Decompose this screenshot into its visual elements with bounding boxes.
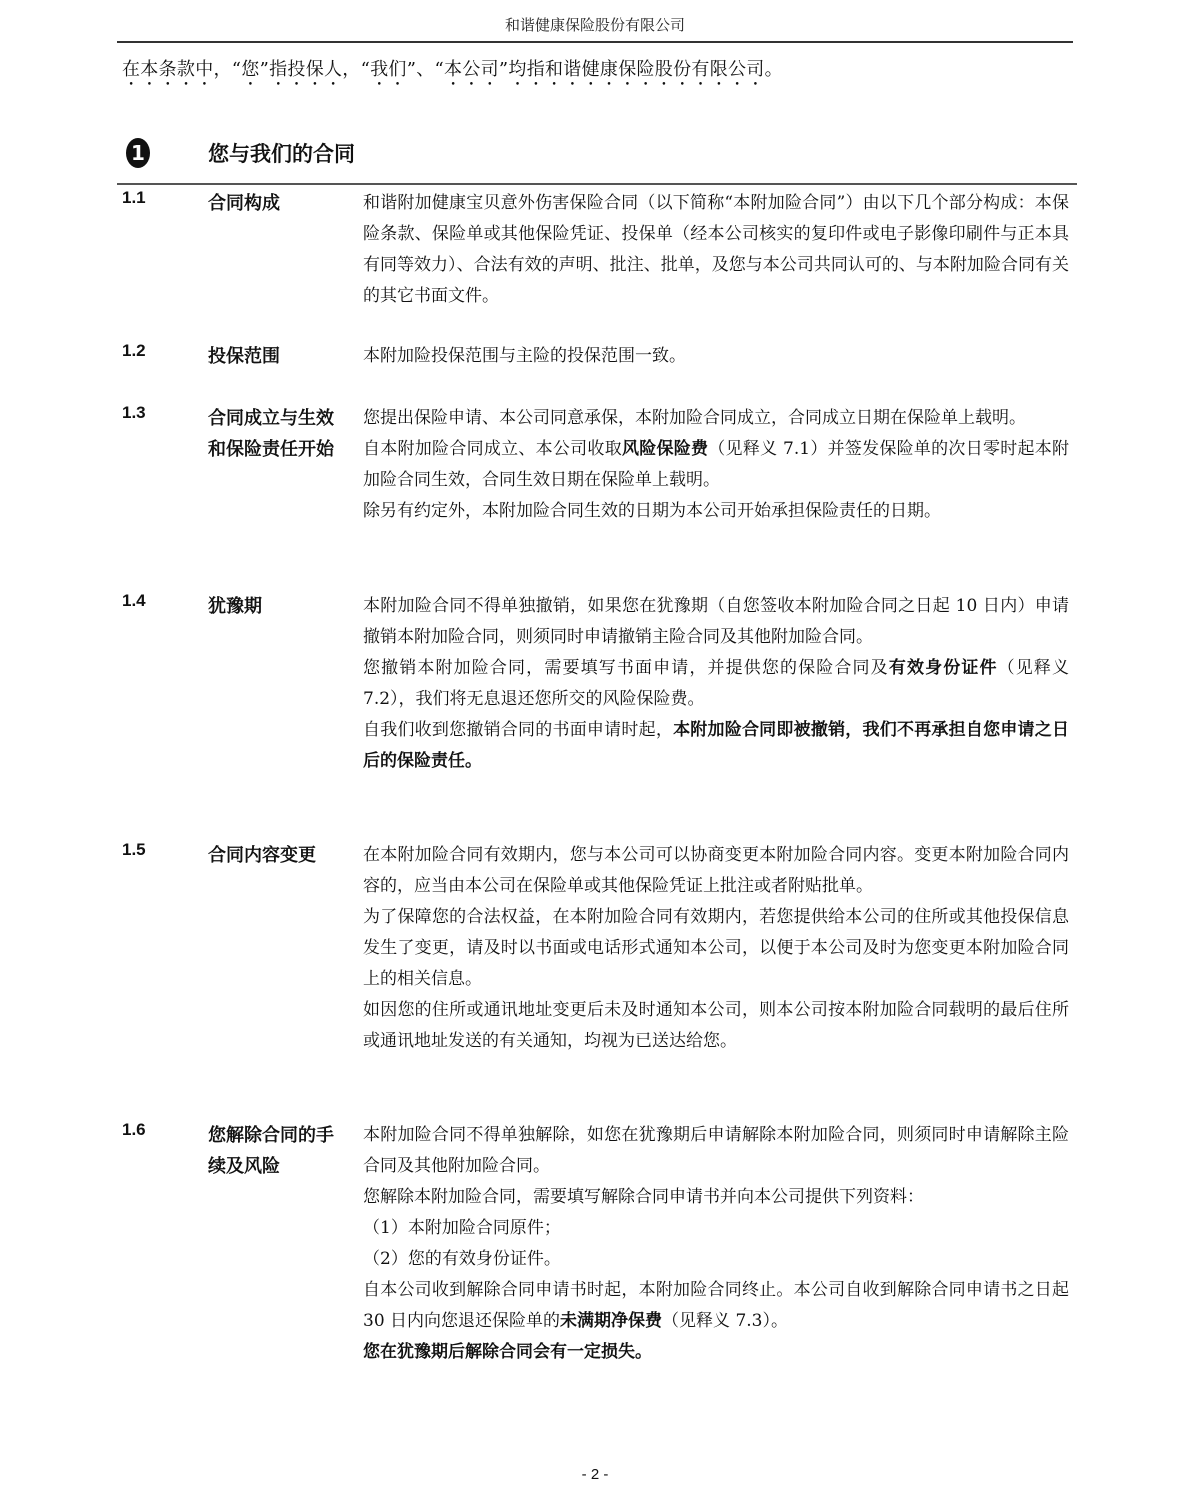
- clause-title: 您解除合同的手续及风险: [208, 1120, 343, 1182]
- clause-number: 1.1: [122, 188, 146, 208]
- text-run: 和谐附加健康宝贝意外伤害保险合同（以下简称“本附加险合同”）由以下几个部分构成：…: [363, 193, 1069, 306]
- clause-paragraph: 您撤销本附加险合同，需要填写书面申请，并提供您的保险合同及有效身份证件（见释义 …: [363, 653, 1069, 715]
- clause-number: 1.4: [122, 591, 146, 611]
- text-run: 在本附加险合同有效期内，您与本公司可以协商变更本附加险合同内容。变更本附加险合同…: [363, 845, 1069, 896]
- clause-paragraph: 本附加险合同不得单独撤销，如果您在犹豫期（自您签收本附加险合同之日起 10 日内…: [363, 591, 1069, 653]
- clause-paragraph: 自本附加险合同成立、本公司收取风险保险费（见释义 7.1）并签发保险单的次日零时…: [363, 434, 1069, 496]
- emphasized-term: 风险保险费: [622, 439, 708, 459]
- text-run: 除另有约定外，本附加险合同生效的日期为本公司开始承担保险责任的日期。: [363, 501, 941, 521]
- clause-number: 1.6: [122, 1120, 146, 1140]
- text-run: 您撤销本附加险合同，需要填写书面申请，并提供您的保险合同及: [363, 658, 889, 678]
- clause-paragraph: 在本附加险合同有效期内，您与本公司可以协商变更本附加险合同内容。变更本附加险合同…: [363, 840, 1069, 902]
- clause-paragraph: 除另有约定外，本附加险合同生效的日期为本公司开始承担保险责任的日期。: [363, 496, 1069, 527]
- text-run: （2）您的有效身份证件。: [363, 1249, 561, 1269]
- text-run: （见释义 7.3）。: [662, 1311, 788, 1331]
- page-header-company: 和谐健康保险股份有限公司: [117, 14, 1073, 35]
- clause-body: 在本附加险合同有效期内，您与本公司可以协商变更本附加险合同内容。变更本附加险合同…: [363, 840, 1069, 1057]
- clause-body: 本附加险合同不得单独撤销，如果您在犹豫期（自您签收本附加险合同之日起 10 日内…: [363, 591, 1069, 777]
- emphasized-term: 有效身份证件: [889, 658, 998, 678]
- text-run: 本附加险合同不得单独解除，如您在犹豫期后申请解除本附加险合同，则须同时申请解除主…: [363, 1125, 1069, 1176]
- clause-body: 本附加险投保范围与主险的投保范围一致。: [363, 341, 1069, 372]
- clause-title: 犹豫期: [208, 591, 343, 622]
- clause-paragraph: 自本公司收到解除合同申请书时起，本附加险合同终止。本公司自收到解除合同申请书之日…: [363, 1275, 1069, 1337]
- clause-paragraph: 本附加险投保范围与主险的投保范围一致。: [363, 341, 1069, 372]
- section-heading: 1 您与我们的合同: [126, 136, 150, 170]
- text-run: 本附加险合同不得单独撤销，如果您在犹豫期（自您签收本附加险合同之日起 10 日内…: [363, 596, 1069, 647]
- emphasized-term: 未满期净保费: [560, 1311, 662, 1331]
- emphasized-term: 您在犹豫期后解除合同会有一定损失。: [363, 1342, 652, 1362]
- intro-text: 在本条款中，“您”指投保人，“我们”、“本公司”均指和谐健康保险股份有限公司。: [122, 59, 783, 80]
- intro-definition: 在本条款中，“您”指投保人，“我们”、“本公司”均指和谐健康保险股份有限公司。: [122, 55, 783, 90]
- clause-title: 合同内容变更: [208, 840, 343, 871]
- clause-paragraph: 您在犹豫期后解除合同会有一定损失。: [363, 1337, 1069, 1368]
- clause-paragraph: 您解除本附加险合同，需要填写解除合同申请书并向本公司提供下列资料：: [363, 1182, 1069, 1213]
- clause-paragraph: （2）您的有效身份证件。: [363, 1244, 1069, 1275]
- text-run: 自本附加险合同成立、本公司收取: [363, 439, 622, 459]
- clause-title: 投保范围: [208, 341, 343, 372]
- clause-paragraph: 如因您的住所或通讯地址变更后未及时通知本公司，则本公司按本附加险合同载明的最后住…: [363, 995, 1069, 1057]
- text-run: 您提出保险申请、本公司同意承保，本附加险合同成立，合同成立日期在保险单上载明。: [363, 408, 1026, 428]
- section-number-circle-icon: 1: [126, 138, 150, 168]
- clause-number: 1.2: [122, 341, 146, 361]
- text-run: 自我们收到您撤销合同的书面申请时起，: [363, 720, 673, 740]
- text-run: 本附加险投保范围与主险的投保范围一致。: [363, 346, 686, 366]
- text-run: 为了保障您的合法权益，在本附加险合同有效期内，若您提供给本公司的住所或其他投保信…: [363, 907, 1069, 989]
- clause-title: 合同构成: [208, 188, 343, 219]
- clause-body: 您提出保险申请、本公司同意承保，本附加险合同成立，合同成立日期在保险单上载明。自…: [363, 403, 1069, 527]
- section-title: 您与我们的合同: [208, 138, 355, 168]
- clause-paragraph: 为了保障您的合法权益，在本附加险合同有效期内，若您提供给本公司的住所或其他投保信…: [363, 902, 1069, 995]
- clause-paragraph: 您提出保险申请、本公司同意承保，本附加险合同成立，合同成立日期在保险单上载明。: [363, 403, 1069, 434]
- text-run: （1）本附加险合同原件；: [363, 1218, 561, 1238]
- clause-title: 合同成立与生效和保险责任开始: [208, 403, 343, 465]
- text-run: 您解除本附加险合同，需要填写解除合同申请书并向本公司提供下列资料：: [363, 1187, 924, 1207]
- clause-paragraph: （1）本附加险合同原件；: [363, 1213, 1069, 1244]
- header-divider: [117, 41, 1073, 43]
- clause-number: 1.5: [122, 840, 146, 860]
- clause-paragraph: 自我们收到您撤销合同的书面申请时起，本附加险合同即被撤销，我们不再承担自您申请之…: [363, 715, 1069, 777]
- clause-paragraph: 本附加险合同不得单独解除，如您在犹豫期后申请解除本附加险合同，则须同时申请解除主…: [363, 1120, 1069, 1182]
- clause-body: 本附加险合同不得单独解除，如您在犹豫期后申请解除本附加险合同，则须同时申请解除主…: [363, 1120, 1069, 1368]
- text-run: 如因您的住所或通讯地址变更后未及时通知本公司，则本公司按本附加险合同载明的最后住…: [363, 1000, 1069, 1051]
- clause-paragraph: 和谐附加健康宝贝意外伤害保险合同（以下简称“本附加险合同”）由以下几个部分构成：…: [363, 188, 1069, 312]
- page-number: - 2 -: [0, 1466, 1190, 1483]
- clause-body: 和谐附加健康宝贝意外伤害保险合同（以下简称“本附加险合同”）由以下几个部分构成：…: [363, 188, 1069, 312]
- clause-number: 1.3: [122, 403, 146, 423]
- section-divider: [117, 183, 1077, 185]
